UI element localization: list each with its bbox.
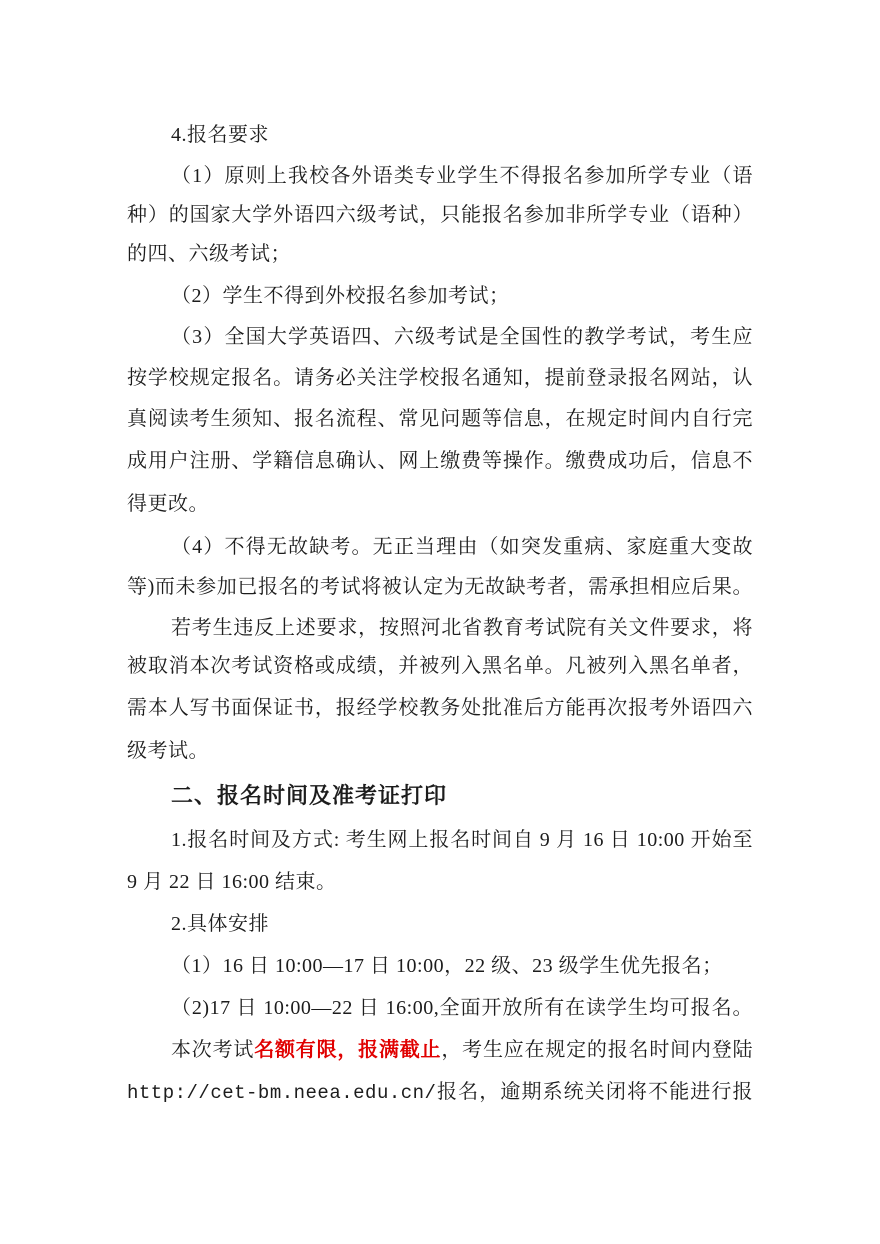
text-line: （3）全国大学英语四、六级考试是全国性的教学考试，考生应 xyxy=(127,322,753,352)
body-text: 需本人写书面保证书，报经学校教务处批准后方能再次报考外语四六 xyxy=(127,697,753,719)
text-line: 若考生违反上述要求，按照河北省教育考试院有关文件要求，将 xyxy=(127,613,753,643)
text-line: 种）的国家大学外语四六级考试，只能报名参加非所学专业（语种） xyxy=(127,200,753,230)
body-text: 种）的国家大学外语四六级考试，只能报名参加非所学专业（语种） xyxy=(127,204,753,226)
body-text: 二、报名时间及准考证打印 xyxy=(171,783,447,808)
body-text: （3）全国大学英语四、六级考试是全国性的教学考试，考生应 xyxy=(171,326,753,348)
body-text: （1）原则上我校各外语类专业学生不得报名参加所学专业（语 xyxy=(171,165,753,187)
body-text: 的四、六级考试； xyxy=(127,243,291,265)
text-line: 1.报名时间及方式: 考生网上报名时间自 9 月 16 日 10:00 开始至 xyxy=(127,825,753,855)
text-line: 真阅读考生须知、报名流程、常见问题等信息，在规定时间内自行完 xyxy=(127,404,753,434)
body-text: 1.报名时间及方式: 考生网上报名时间自 9 月 16 日 10:00 开始至 xyxy=(171,829,753,851)
text-line: 2.具体安排 xyxy=(127,909,753,939)
text-line: （2)17 日 10:00—22 日 16:00,全面开放所有在读学生均可报名。 xyxy=(127,993,753,1023)
body-text: 本次考试 xyxy=(171,1039,254,1061)
section-heading: 二、报名时间及准考证打印 xyxy=(127,780,753,812)
body-text: 真阅读考生须知、报名流程、常见问题等信息，在规定时间内自行完 xyxy=(127,408,753,430)
body-text: 被取消本次考试资格或成绩，并被列入黑名单。凡被列入黑名单者， xyxy=(127,655,753,677)
text-line: 成用户注册、学籍信息确认、网上缴费等操作。缴费成功后，信息不 xyxy=(127,446,753,476)
body-text: 成用户注册、学籍信息确认、网上缴费等操作。缴费成功后，信息不 xyxy=(127,450,753,472)
red-emphasis-text: 名额有限，报满截止 xyxy=(254,1039,441,1061)
text-line: （1）原则上我校各外语类专业学生不得报名参加所学专业（语 xyxy=(127,161,753,191)
body-text: （1）16 日 10:00—17 日 10:00，22 级、23 级学生优先报名… xyxy=(171,955,723,977)
text-line: 9 月 22 日 16:00 结束。 xyxy=(127,867,753,897)
body-text: 9 月 22 日 16:00 结束。 xyxy=(127,871,337,893)
body-text: 按学校规定报名。请务必关注学校报名通知，提前登录报名网站，认 xyxy=(127,367,753,389)
body-text: 4.报名要求 xyxy=(171,124,269,146)
body-text: （2)17 日 10:00—22 日 16:00,全面开放所有在读学生均可报名。 xyxy=(171,997,753,1019)
text-line: 本次考试名额有限，报满截止，考生应在规定的报名时间内登陆 xyxy=(127,1035,753,1065)
text-line: 被取消本次考试资格或成绩，并被列入黑名单。凡被列入黑名单者， xyxy=(127,651,753,681)
text-line: 得更改。 xyxy=(127,489,753,519)
text-line: 等)而未参加已报名的考试将被认定为无故缺考者，需承担相应后果。 xyxy=(127,572,753,602)
text-line: 需本人写书面保证书，报经学校教务处批准后方能再次报考外语四六 xyxy=(127,693,753,723)
text-line: （2）学生不得到外校报名参加考试； xyxy=(127,281,753,311)
body-text: 得更改。 xyxy=(127,493,209,515)
body-text: 2.具体安排 xyxy=(171,913,269,935)
body-text: （2）学生不得到外校报名参加考试； xyxy=(171,285,510,307)
url-text: http://cet-bm.neea.edu.cn/ xyxy=(127,1082,436,1104)
body-text: ，考生应在规定的报名时间内登陆 xyxy=(441,1039,753,1061)
body-text: （4）不得无故缺考。无正当理由（如突发重病、家庭重大变故 xyxy=(171,536,753,558)
text-line: 的四、六级考试； xyxy=(127,239,753,269)
text-line: 级考试。 xyxy=(127,736,753,766)
text-line: http://cet-bm.neea.edu.cn/报名，逾期系统关闭将不能进行… xyxy=(127,1077,753,1107)
text-line: 按学校规定报名。请务必关注学校报名通知，提前登录报名网站，认 xyxy=(127,363,753,393)
document-page: 4.报名要求（1）原则上我校各外语类专业学生不得报名参加所学专业（语种）的国家大… xyxy=(0,0,880,1244)
body-text: 若考生违反上述要求，按照河北省教育考试院有关文件要求，将 xyxy=(171,617,753,639)
text-line: （4）不得无故缺考。无正当理由（如突发重病、家庭重大变故 xyxy=(127,532,753,562)
text-line: （1）16 日 10:00—17 日 10:00，22 级、23 级学生优先报名… xyxy=(127,951,753,981)
text-line: 4.报名要求 xyxy=(127,120,753,150)
body-text: 等)而未参加已报名的考试将被认定为无故缺考者，需承担相应后果。 xyxy=(127,576,753,598)
body-text: 级考试。 xyxy=(127,740,209,762)
